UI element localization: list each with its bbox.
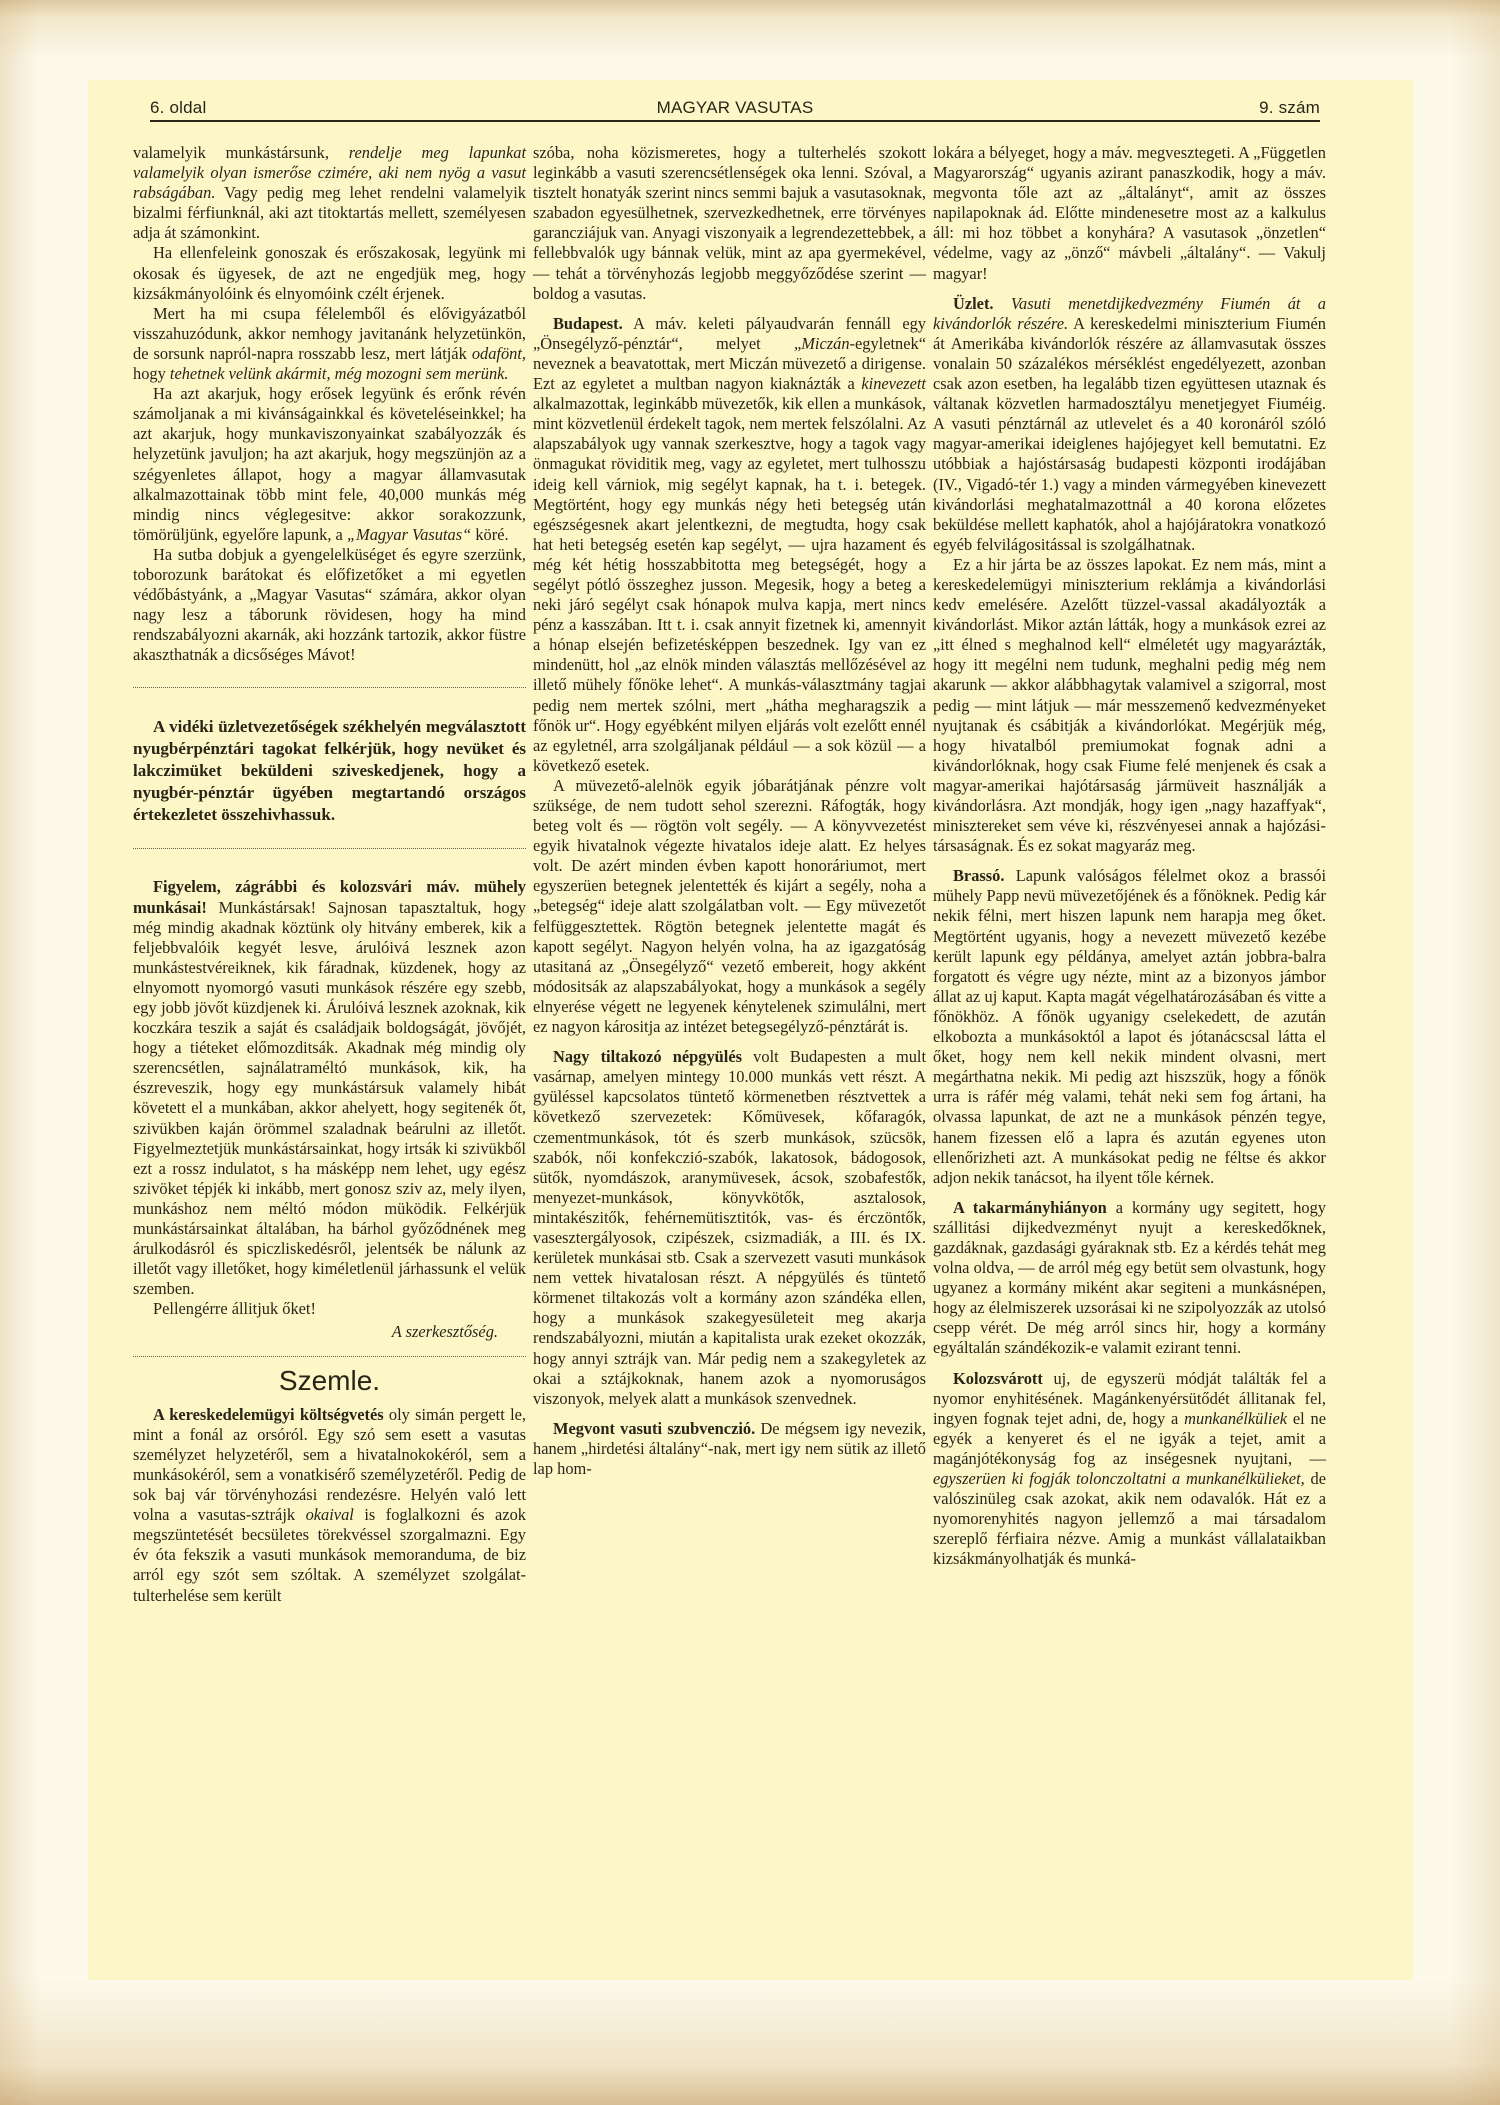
paragraph: A müvezető-alelnök egyik jóbarátjának pé… — [533, 776, 926, 1037]
kolozsvar-article: Kolozsvárott uj, de egyszerü módját talá… — [933, 1369, 1326, 1570]
article-heading: Budapest. — [553, 314, 623, 333]
paragraph: szóba, noha közismeretes, hogy a tulterh… — [533, 143, 926, 304]
paragraph-intro: valamelyik munkástársunk, rendelje meg l… — [133, 143, 526, 243]
column-2: szóba, noha közismeretes, hogy a tulterh… — [533, 143, 926, 1479]
running-head: 6. oldal MAGYAR VASUTAS 9. szám — [150, 96, 1320, 122]
column-3: lokára a bélyeget, hogy a máv. megveszte… — [933, 143, 1326, 1569]
pension-fund-notice: A vidéki üzletvezetőségek székhelyén meg… — [133, 716, 526, 826]
column-1: valamelyik munkástársunk, rendelje meg l… — [133, 143, 526, 1606]
paragraph: Ez a hir járta be az összes lapokat. Ez … — [933, 555, 1326, 856]
warning-article: Figyelem, zágrábbi és kolozsvári máv. mü… — [133, 877, 526, 1299]
paragraph: Ha ellenfeleink gonoszak és erőszakosak,… — [133, 243, 526, 303]
article-heading: Megvont vasuti szubvenczió. — [553, 1419, 755, 1438]
paragraph: Mert ha mi csupa félelemből és elővigyáz… — [133, 304, 526, 384]
budapest-article: Budapest. A máv. keleti pályaudvarán fen… — [533, 314, 926, 776]
business-article: Üzlet. Vasuti menetdijkedvezmény Fiumén … — [933, 294, 1326, 555]
subsidy-article: Megvont vasuti szubvenczió. De mégsem ig… — [533, 1419, 926, 1479]
article-heading: Üzlet. — [953, 294, 994, 313]
article-heading: Kolozsvárott — [953, 1369, 1043, 1388]
rally-article: Nagy tiltakozó népgyülés volt Budapesten… — [533, 1047, 926, 1409]
section-title: Szemle. — [133, 1371, 526, 1391]
article-heading: Brassó. — [953, 866, 1004, 885]
section-divider — [133, 1356, 526, 1357]
paragraph: lokára a bélyeget, hogy a máv. megveszte… — [933, 143, 1326, 284]
section-divider — [133, 848, 526, 849]
paragraph: Ha azt akarjuk, hogy erősek legyünk és e… — [133, 384, 526, 545]
article-heading: Nagy tiltakozó népgyülés — [553, 1047, 742, 1066]
publication-title: MAGYAR VASUTAS — [150, 98, 1320, 118]
budget-article: A kereskedelemügyi költségvetés oly simá… — [133, 1405, 526, 1606]
article-heading: A kereskedelemügyi költségvetés — [153, 1405, 384, 1424]
brasso-article: Brassó. Lapunk valóságos félelmet okoz a… — [933, 866, 1326, 1188]
section-divider — [133, 687, 526, 688]
fodder-article: A takarmányhiányon a kormány ugy segitet… — [933, 1198, 1326, 1359]
paragraph: Pellengérre állitjuk őket! — [133, 1299, 526, 1319]
issue-number: 9. szám — [1259, 98, 1320, 118]
article-heading: A takarmányhiányon — [953, 1198, 1107, 1217]
paragraph: Ha sutba dobjuk a gyengelelküséget és eg… — [133, 545, 526, 666]
signature: A szerkesztőség. — [133, 1322, 526, 1342]
